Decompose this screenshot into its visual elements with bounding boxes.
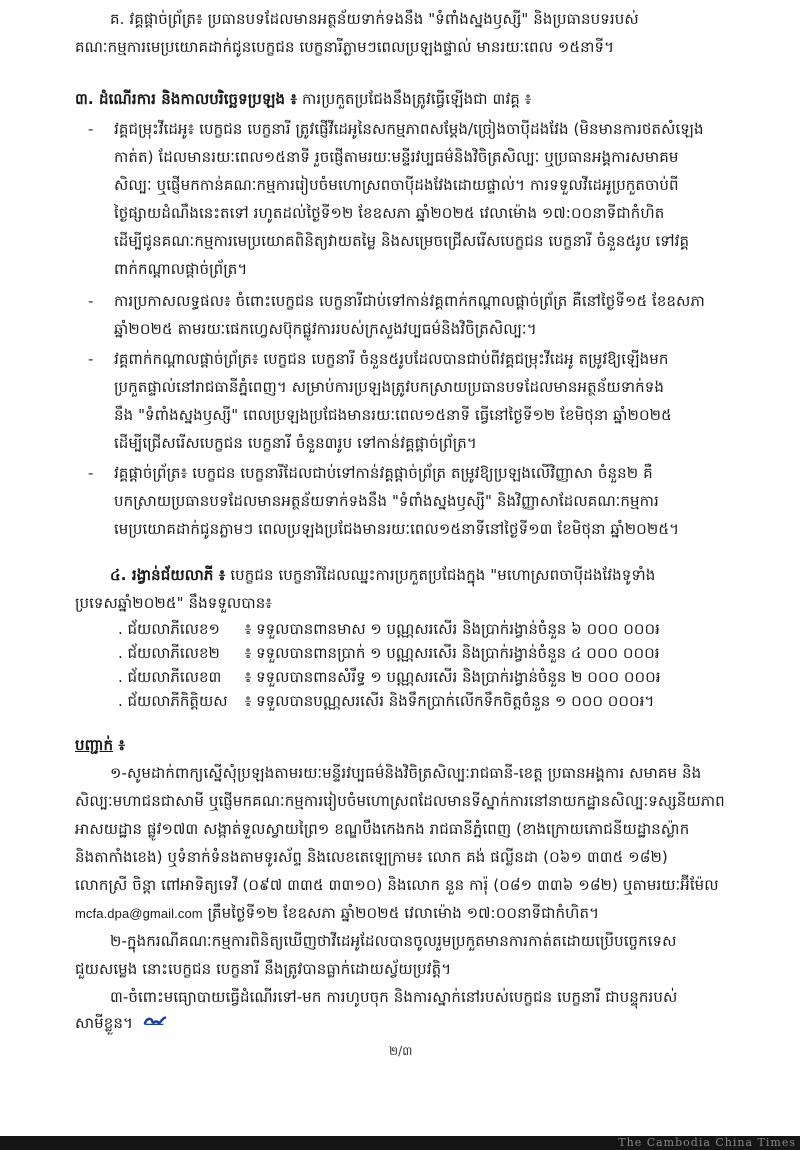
- prize-rank: . ជ័យលាភីលេខ៣: [118, 666, 240, 688]
- bullet-3-line-4: ដើម្បីជ្រើសរើសបេក្ខជន បេក្ខនារី ចំនួន៣រូ…: [114, 432, 477, 454]
- bullet-1-line-4: ថ្ងៃផ្សាយដំណឹងនេះតទៅ រហូតដល់ថ្ងៃទី១២ ខែឧ…: [114, 202, 664, 224]
- notes-title: បញ្ជាក់: [75, 736, 113, 754]
- bullet-marker: -: [88, 462, 93, 484]
- prize-row: . ជ័យលាភីលេខ១ ៖ ទទួលបានពានមាស ១ បណ្ណសរសើ…: [118, 618, 660, 640]
- section-4-subtitle: បេក្ខជន បេក្ខនារីដែលឈ្នះការប្រកួតប្រជែងក…: [230, 566, 655, 584]
- initials-mark-icon: [142, 1016, 168, 1026]
- section-3-heading: ៣. ដំណើរការ និងកាលបរិច្ឆេទប្រឡង ៖ ការប្រ…: [75, 88, 532, 110]
- prize-detail: ៖ ទទួលបានពានមាស ១ បណ្ណសរសើរ និងប្រាក់រង្…: [245, 620, 660, 638]
- prize-detail: ៖ ទទួលបានពានប្រាក់ ១ បណ្ណសរសើរ និងប្រាក់…: [245, 644, 660, 662]
- bullet-marker: -: [88, 290, 93, 312]
- section-4-heading: ៤. រង្វាន់ជ័យលាភី ៖ បេក្ខជន បេក្ខនារីដែល…: [110, 564, 655, 586]
- page-number: ២/៣: [389, 1043, 412, 1061]
- prize-row: . ជ័យលាភីលេខ៣ ៖ ទទួលបានពានសំរឹទ្ធ ១ បណ្ណ…: [118, 666, 661, 688]
- bullet-4-line-2: បកស្រាយប្រធានបទដែលមានអត្ថន័យទាក់ទងនឹង "ទ…: [114, 490, 659, 512]
- bullet-1-line-1: វគ្គជម្រុះវីដេអូ៖ បេក្ខជន បេក្ខនារី ត្រូ…: [114, 118, 704, 140]
- bullet-4-line-1: វគ្គផ្ដាច់ព្រ័ត្រ៖ បេក្ខជន បេក្ខនារីដែលជ…: [114, 462, 653, 484]
- notes-heading: បញ្ជាក់ ៖: [75, 734, 125, 756]
- section-ga-line-2: គណៈកម្មការមេប្រយោគដាក់ជូនបេក្ខជន បេក្ខនា…: [75, 36, 614, 58]
- section-ga-line-1: គ. វគ្គផ្ដាច់ព្រ័ត្រ៖ ប្រធានបទដែលមានអត្ថ…: [110, 8, 639, 30]
- section-4-title: ៤. រង្វាន់ជ័យលាភី ៖: [110, 566, 226, 584]
- note-2-line-1: ២-ក្នុងករណីគណៈកម្មការពិនិត្យឃើញថាវីដេអូដ…: [110, 930, 677, 952]
- note-1-line-1: ១-សូមដាក់ពាក្យស្នើសុំប្រឡងតាមរយៈមន្ទីរវប…: [110, 762, 701, 784]
- note-3-line-1: ៣-ចំពោះមធ្យោបាយធ្វើដំណើរទៅ-មក ការហូបចុក …: [110, 986, 677, 1008]
- section-3-title: ៣. ដំណើរការ និងកាលបរិច្ឆេទប្រឡង ៖: [75, 90, 297, 108]
- note-1-line-6: mcfa.dpa@gmail.com ត្រឹមថ្ងៃទី១២ ខែឧសភា …: [75, 902, 599, 925]
- prize-detail: ៖ ទទួលបានពានសំរឹទ្ធ ១ បណ្ណសរសើរ និងប្រាក…: [245, 668, 661, 686]
- note-3-line-2: សាមីខ្លួន។: [75, 1012, 133, 1034]
- bullet-1-line-5: ដើម្បីជូនគណៈកម្មការមេប្រយោគពិនិត្យវាយតម្…: [114, 230, 689, 252]
- section-4-line-2: ប្រទេសឆ្នាំ២០២៥" នឹងទទួលបាន៖: [75, 592, 272, 614]
- note-1-line-3: អាសយដ្ឋាន ផ្លូវ១៧៣ សង្កាត់ទួលស្វាយព្រៃ១ …: [75, 818, 689, 840]
- note-1-line-4: និងតាកាំងខេង) ឬទំនាក់ទំនងតាមទូរស័ព្ទ និង…: [75, 846, 668, 868]
- bullet-3-line-1: វគ្គពាក់កណ្ដាលផ្ដាច់ព្រ័ត្រ៖ បេក្ខជន បេក…: [114, 348, 669, 370]
- prize-rank: . ជ័យលាភីកិត្តិយស: [118, 690, 240, 712]
- bullet-1-line-6: ពាក់កណ្ដាលផ្ដាច់ព្រ័ត្រ។: [114, 258, 247, 280]
- watermark: The Cambodia China Times: [618, 1136, 796, 1150]
- bullet-3-line-2: ប្រកួតផ្ទាល់នៅរាជធានីភ្នំពេញ។ សម្រាប់ការ…: [114, 376, 664, 398]
- bullet-1-line-2: កាត់ត) ដែលមានរយៈពេល១៥នាទី រួចផ្ញើតាមរយៈម…: [114, 146, 679, 168]
- bullet-2-line-1: ការប្រកាសលទ្ធផល៖ ចំពោះបេក្ខជន បេក្ខនារីជ…: [114, 290, 705, 312]
- bullet-1-line-3: សិល្បៈ ឬផ្ញើមកកាន់គណៈកម្មការរៀបចំមហោស្រព…: [114, 174, 679, 196]
- bullet-2-line-2: ឆ្នាំ២០២៥ តាមរយៈផេកហ្វេសប៊ុកផ្លូវការរបស់…: [114, 318, 537, 340]
- prize-detail: ៖ ទទួលបានបណ្ណសរសើរ និងទឹកប្រាក់លើកទឹកចិត…: [245, 692, 655, 710]
- note-2-line-2: ជួយសម្លេង នោះបេក្ខជន បេក្ខនារី នឹងត្រូវប…: [75, 958, 451, 980]
- note-1-line-2: សិល្បៈមហាជនជាសាមី ឬផ្ញើមកគណៈកម្មការរៀបចំ…: [75, 790, 725, 812]
- bullet-marker: -: [88, 118, 93, 140]
- prize-row: . ជ័យលាភីកិត្តិយស ៖ ទទួលបានបណ្ណសរសើរ និង…: [118, 690, 654, 712]
- prize-row: . ជ័យលាភីលេខ២ ៖ ទទួលបានពានប្រាក់ ១ បណ្ណស…: [118, 642, 660, 664]
- email-link[interactable]: mcfa.dpa@gmail.com: [75, 906, 203, 921]
- bullet-4-line-3: មេប្រយោគដាក់ជូនភ្លាមៗ ពេលប្រឡងប្រជែងមានរ…: [114, 518, 679, 540]
- note-1-line-5: លោកស្រី ចិន្តា ពៅអាទិត្យទេវី (០៩៧ ៣៣៥ ៣៣…: [75, 874, 719, 896]
- bullet-marker: -: [88, 348, 93, 370]
- section-3-subtitle: ការប្រកួតប្រជែងនឹងត្រូវធ្វើឡើងជា ៣វគ្គ ៖: [302, 90, 532, 108]
- document-page: គ. វគ្គផ្ដាច់ព្រ័ត្រ៖ ប្រធានបទដែលមានអត្ថ…: [0, 0, 800, 1136]
- bullet-3-line-3: នឹង "ទំពាំងស្នងឫស្សី" ពេលប្រឡងប្រជែងមានរ…: [114, 404, 672, 426]
- prize-rank: . ជ័យលាភីលេខ១: [118, 618, 240, 640]
- prize-rank: . ជ័យលាភីលេខ២: [118, 642, 240, 664]
